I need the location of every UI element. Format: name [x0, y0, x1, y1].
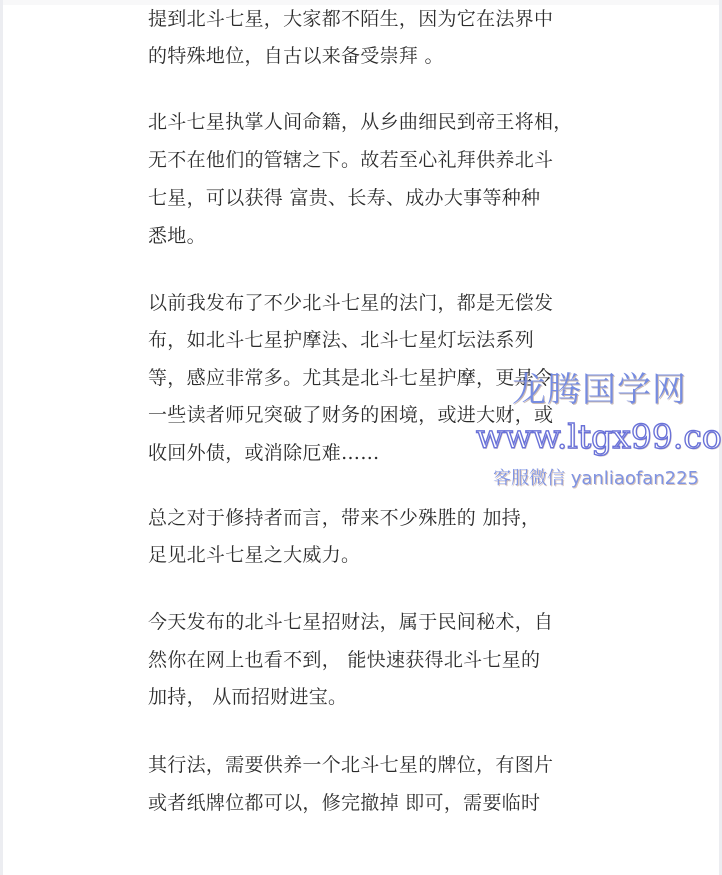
- article-line: 总之对于修持者而言，带来不少殊胜的 加持，: [148, 499, 540, 537]
- article-line: 一些读者师兄突破了财务的困境，或进大财，或: [148, 396, 553, 434]
- article-line: 收回外债，或消除厄难……: [148, 434, 380, 472]
- article-line: 或者纸牌位都可以，修完撤掉 即可，需要临时: [148, 784, 540, 822]
- article-line: 的特殊地位，自古以来备受崇拜 。: [148, 37, 444, 75]
- article-line: 其行法，需要供养一个北斗七星的牌位，有图片: [148, 746, 553, 784]
- article-line: 无不在他们的管辖之下。故若至心礼拜供养北斗: [148, 141, 553, 179]
- article-line: 布，如北斗七星护摩法、北斗七星灯坛法系列: [148, 321, 534, 359]
- left-border: [0, 0, 3, 875]
- article-line: 北斗七星执掌人间命籍，从乡曲细民到帝王将相，: [148, 103, 573, 141]
- article-line: 悉地。: [148, 217, 206, 255]
- article-line: 提到北斗七星，大家都不陌生，因为它在法界中: [148, 0, 553, 38]
- page-viewport: 提到北斗七星，大家都不陌生，因为它在法界中 的特殊地位，自古以来备受崇拜 。 北…: [0, 0, 722, 875]
- article-line: 等，感应非常多。尤其是北斗七星护摩，更是令: [148, 359, 553, 397]
- article-line: 加持， 从而招财进宝。: [148, 678, 347, 716]
- article-line: 七星，可以获得 富贵、长寿、成办大事等种种: [148, 179, 540, 217]
- article-line: 足见北斗七星之大威力。: [148, 536, 360, 574]
- article-line: 今天发布的北斗七星招财法，属于民间秘术，自: [148, 603, 553, 641]
- article-line: 以前我发布了不少北斗七星的法门，都是无偿发: [148, 284, 553, 322]
- article-line: 然你在网上也看不到， 能快速获得北斗七星的: [148, 641, 540, 679]
- watermark-contact: 客服微信 yanliaofan225: [493, 466, 699, 492]
